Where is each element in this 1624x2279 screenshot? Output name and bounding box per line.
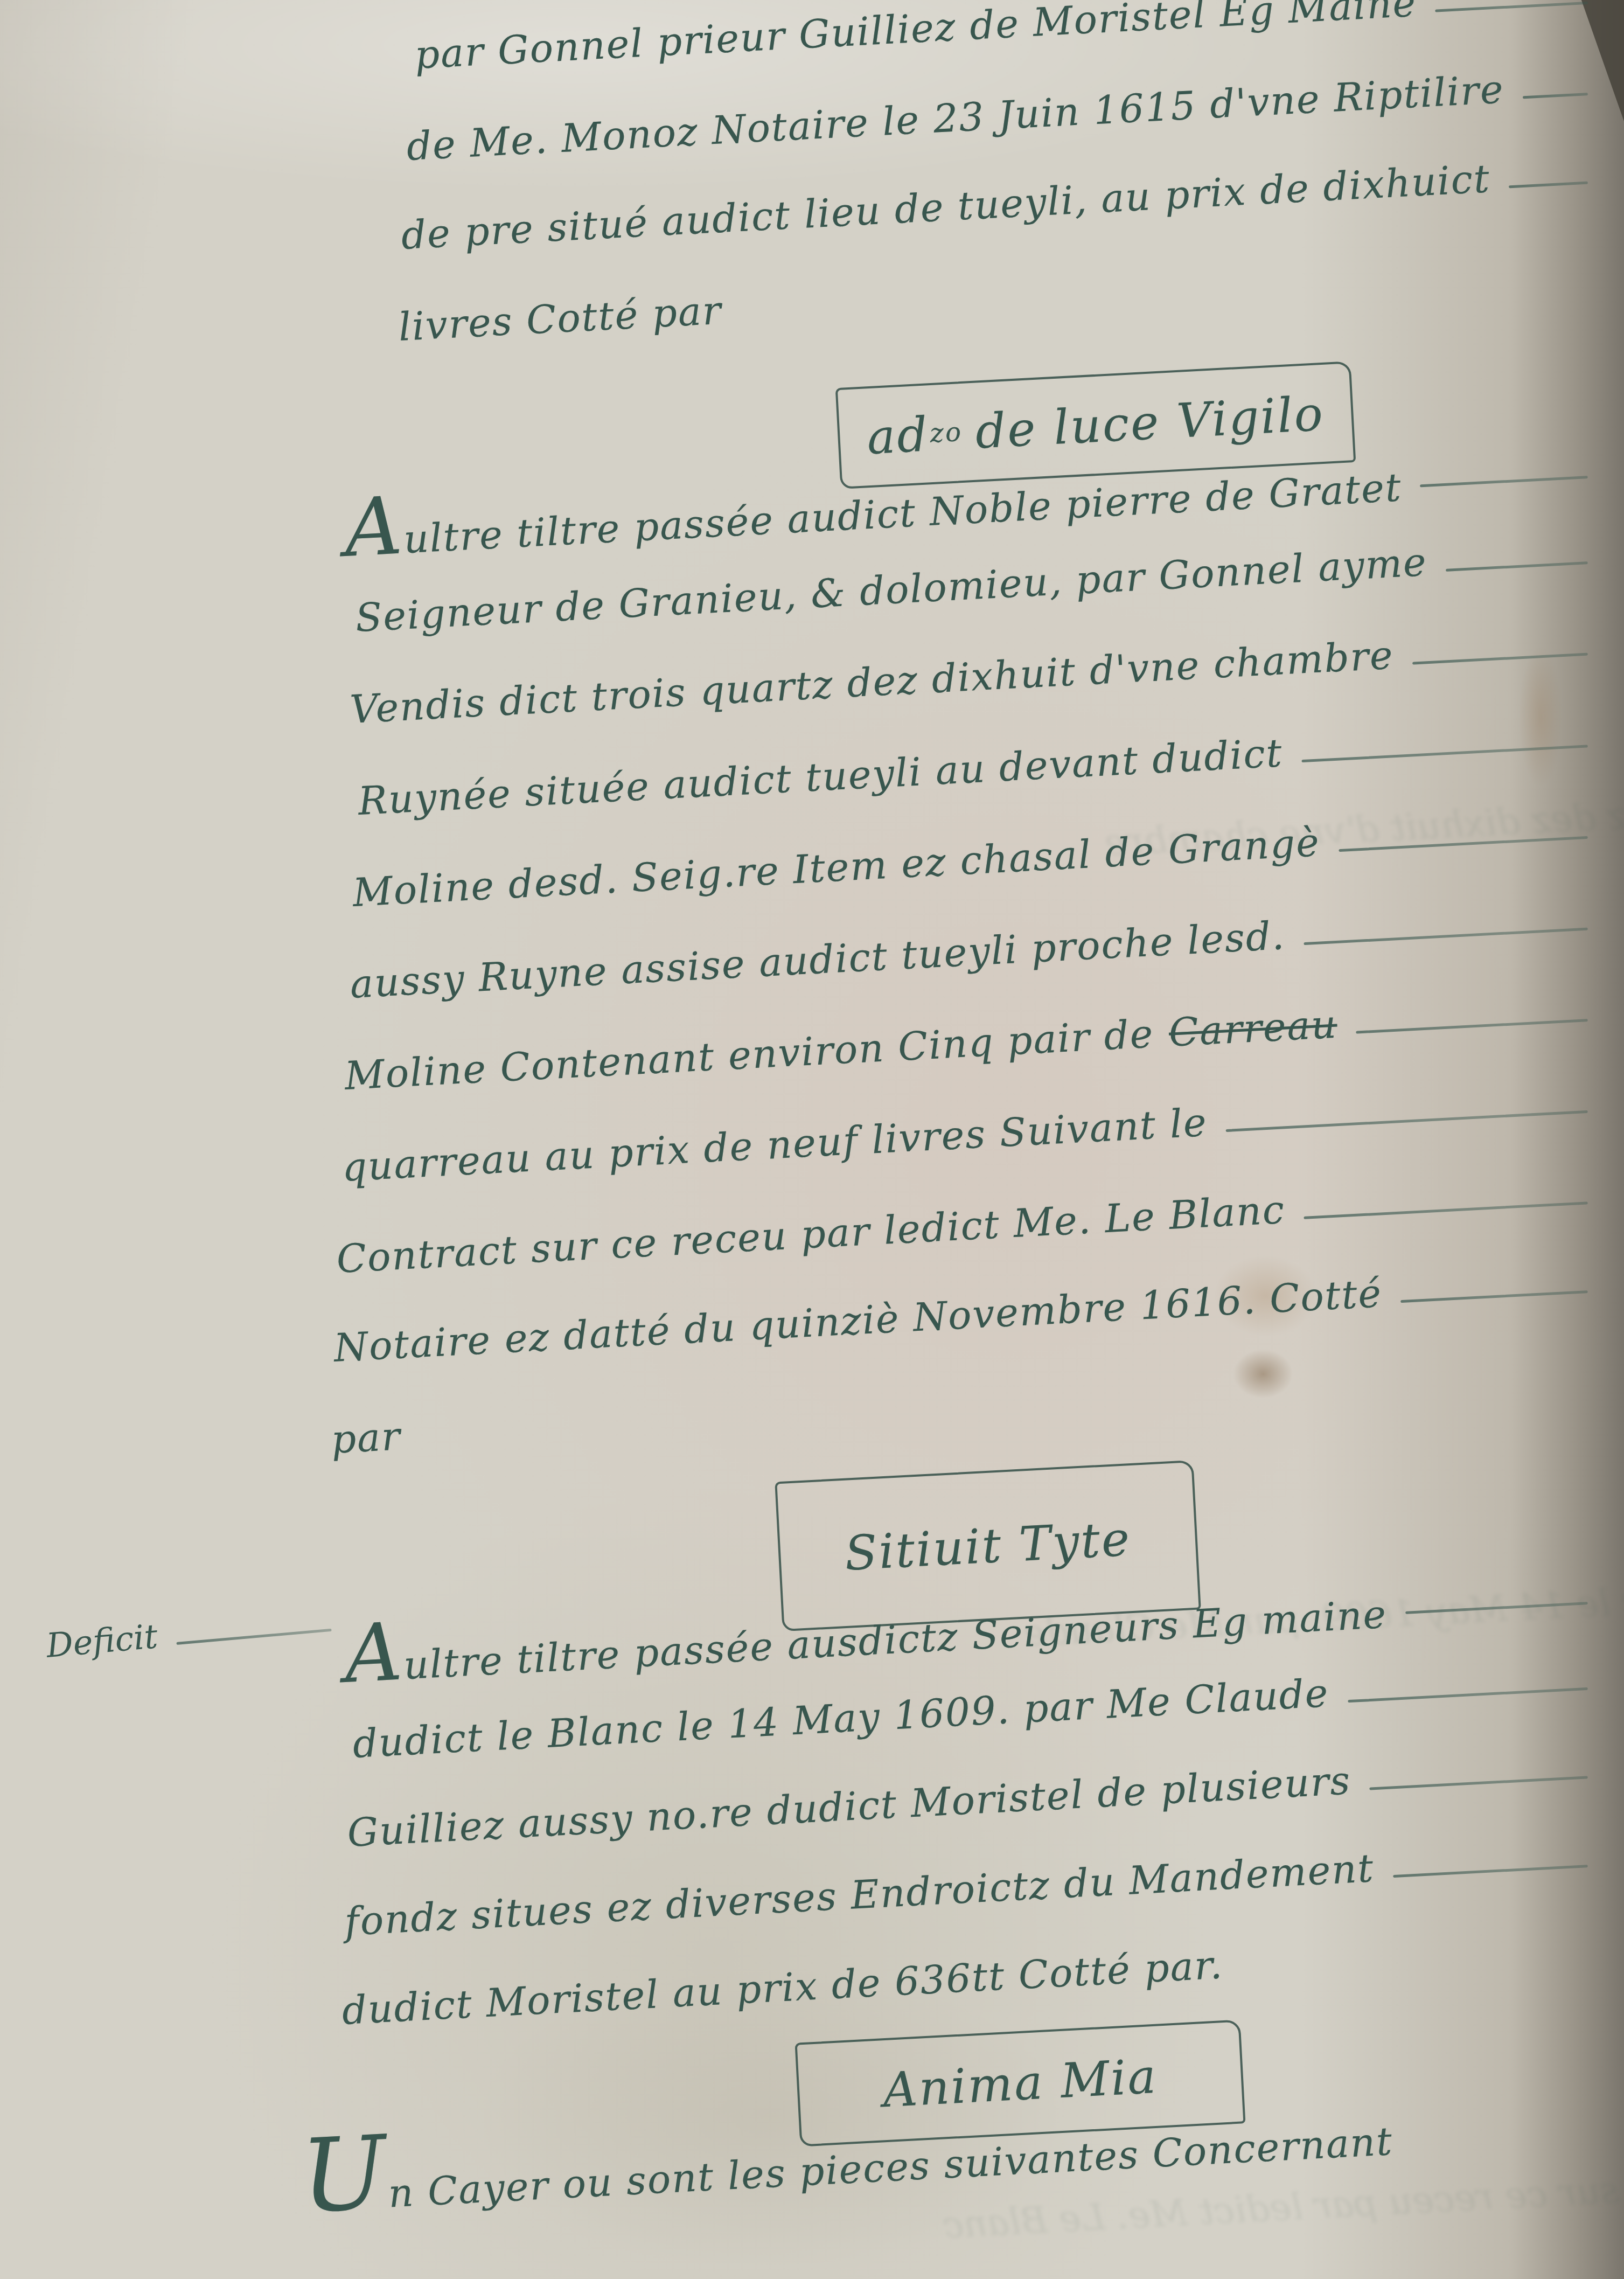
manuscript-page: Vendis dict trois quartz dez dixhuit d'v… — [0, 0, 1624, 2279]
cote-text: de luce Vigilo — [974, 385, 1326, 459]
line-text: Moline Contenant environ Cinq pair de — [344, 1011, 1155, 1099]
line-end-stroke — [1301, 745, 1588, 762]
line-text: aussy Ruyne assise audict tueyli proche … — [349, 913, 1286, 1007]
line-end-stroke — [1226, 1110, 1588, 1131]
struck-word: Carreau — [1168, 1002, 1339, 1055]
line-end-stroke — [1420, 476, 1588, 487]
manuscript-line: fondz situes ez diverses Endroictz du Ma… — [344, 1834, 1588, 1944]
line-end-stroke — [1435, 1, 1588, 12]
manuscript-line: de Me. Monoz Notaire le 23 Juin 1615 d'v… — [406, 62, 1588, 169]
manuscript-line: quarreau au prix de neuf livres Suivant … — [341, 1080, 1588, 1190]
paper-stain — [1233, 1350, 1293, 1398]
manuscript-line: par Gonnel prieur Guilliez de Moristel E… — [414, 0, 1588, 78]
manuscript-line: Moline desd. Seig.re Item ez chasal de G… — [352, 805, 1588, 915]
line-end-stroke — [1412, 652, 1588, 664]
line-end-stroke — [1509, 181, 1588, 188]
line-text: Ruynée située audict tueyli au devant du… — [357, 730, 1284, 824]
line-text: de pre situé audict lieu de tueyli, au p… — [400, 156, 1491, 258]
cote-text: Sitiuit Tyte — [844, 1511, 1133, 1581]
line-end-stroke — [1370, 1776, 1588, 1790]
line-end-stroke — [1339, 836, 1588, 851]
line-text: par — [330, 1413, 402, 1462]
line-end-stroke — [1446, 561, 1588, 572]
line-text: livres Cotté par — [398, 288, 723, 350]
manuscript-line: Vendis dict trois quartz dez dixhuit d'v… — [349, 622, 1588, 732]
manuscript-line: Guilliez aussy no.re dudict Moristel de … — [346, 1745, 1588, 1856]
line-text: Vendis dict trois quartz dez dixhuit d'v… — [349, 633, 1395, 732]
line-text: Guilliez aussy no.re dudict Moristel de … — [346, 1757, 1352, 1856]
manuscript-line: livres Cotté par — [398, 288, 723, 350]
line-end-stroke — [1304, 1201, 1587, 1219]
line-end-stroke — [1523, 93, 1588, 99]
line-text: Moline desd. Seig.re Item ez chasal de G… — [352, 819, 1321, 915]
margin-note-deficit: Deficit — [45, 1601, 332, 1665]
line-text: par Gonnel prieur Guilliez de Moristel E… — [414, 0, 1418, 78]
manuscript-line: aussy Ruyne assise audict tueyli proche … — [349, 897, 1588, 1007]
line-end-stroke — [1356, 1019, 1588, 1034]
line-text: fondz situes ez diverses Endroictz du Ma… — [344, 1845, 1376, 1944]
line-end-stroke — [1405, 1602, 1588, 1614]
line-end-stroke — [1400, 1290, 1587, 1303]
cote-superscript: zo — [929, 417, 963, 449]
line-text: de Me. Monoz Notaire le 23 Juin 1615 d'v… — [406, 66, 1505, 169]
manuscript-line: Contract sur ce receu par ledict Me. Le … — [336, 1171, 1588, 1282]
manuscript-line: Moline Contenant environ Cinq pair de Ca… — [344, 988, 1588, 1099]
line-end-stroke — [1304, 927, 1588, 945]
line-text: Contract sur ce receu par ledict Me. Le … — [336, 1187, 1286, 1282]
line-end-stroke — [1348, 1687, 1588, 1702]
manuscript-line: par — [330, 1413, 402, 1462]
manuscript-line: Notaire ez datté du quinziè Novembre 161… — [333, 1260, 1588, 1371]
line-text: dudict le Blanc le 14 May 1609. par Me C… — [352, 1670, 1330, 1767]
margin-note-stroke — [177, 1629, 332, 1645]
margin-note-text: Deficit — [45, 1616, 159, 1665]
line-end-stroke — [1393, 1865, 1588, 1878]
manuscript-line: de pre situé audict lieu de tueyli, au p… — [400, 151, 1588, 258]
line-text: quarreau au prix de neuf livres Suivant … — [341, 1100, 1209, 1190]
line-text: Notaire ez datté du quinziè Novembre 161… — [333, 1270, 1383, 1371]
cote-text: ad — [866, 406, 930, 465]
